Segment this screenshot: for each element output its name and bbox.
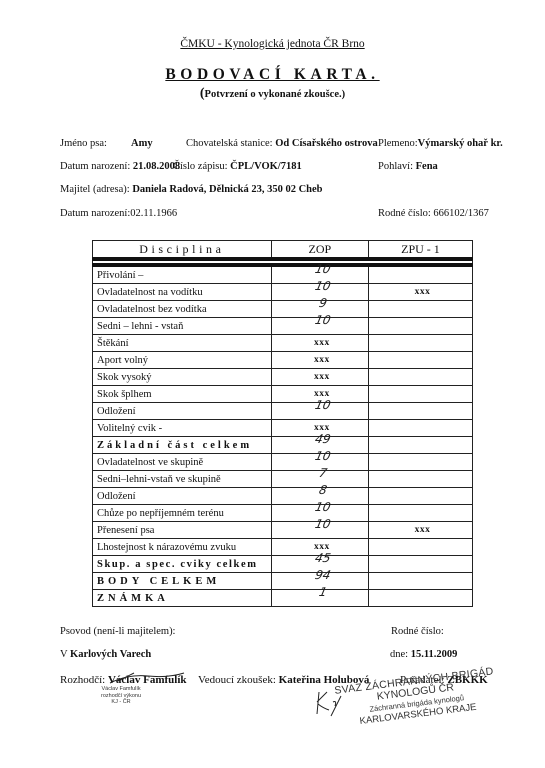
zop-score: 94 bbox=[314, 568, 332, 583]
zpu-score-cell bbox=[368, 454, 472, 471]
kennel-label: Chovatelská stanice: bbox=[186, 138, 273, 149]
place-city: Karlových Varech bbox=[70, 649, 151, 660]
breed-value: Výmarský ohař kr. bbox=[418, 138, 503, 149]
discipline-cell: Štěkání bbox=[93, 335, 272, 352]
table-row: Sedni–lehni-vstaň ve skupině7 bbox=[93, 471, 473, 488]
zpu-score-cell bbox=[368, 301, 472, 318]
discipline-cell: Sedni – lehni - vstaň bbox=[93, 318, 272, 335]
zpu-score-cell bbox=[368, 556, 472, 573]
discipline-cell: Ovladatelnost na vodítku bbox=[93, 284, 272, 301]
kennel-value: Od Císařského ostrova bbox=[275, 138, 377, 149]
table-row: Skup. a spec. cviky celkem45 bbox=[93, 556, 473, 573]
zpu-score-cell bbox=[368, 403, 472, 420]
header-discipline: Disciplina bbox=[93, 241, 272, 260]
sex-label: Pohlaví: bbox=[378, 161, 413, 172]
zpu-score-cell bbox=[368, 352, 472, 369]
zop-score-cell: 10 bbox=[271, 522, 368, 539]
zpu-score-cell bbox=[368, 590, 472, 607]
judge-label: Rozhodčí: bbox=[60, 674, 105, 686]
discipline-name: Odložení bbox=[97, 406, 136, 417]
zop-score: 10 bbox=[314, 517, 332, 532]
table-row: Skok šplhemxxx bbox=[93, 386, 473, 403]
zop-score-cell: xxx bbox=[271, 352, 368, 369]
zop-score: 10 bbox=[314, 262, 332, 277]
discipline-name: Sedni – lehni - vstaň bbox=[97, 321, 183, 332]
zpu-score-cell bbox=[368, 471, 472, 488]
discipline-cell: BODY CELKEM bbox=[93, 573, 272, 590]
zop-score: xxx bbox=[314, 338, 330, 348]
discipline-cell: Sedni–lehni-vstaň ve skupině bbox=[93, 471, 272, 488]
handler-label: Psovod (není-li majitelem): bbox=[60, 626, 175, 637]
header-zpu: ZPU - 1 bbox=[368, 241, 472, 260]
judge-signature bbox=[108, 671, 186, 685]
table-row: Chůze po nepříjemném terénu10 bbox=[93, 505, 473, 522]
date-field: dne: 15.11.2009 bbox=[390, 649, 457, 660]
table-row: Sedni – lehni - vstaň10 bbox=[93, 318, 473, 335]
table-row: Skok vysokýxxx bbox=[93, 369, 473, 386]
zpu-score-cell: xxx bbox=[368, 522, 472, 539]
discipline-cell: Základní část celkem bbox=[93, 437, 272, 454]
owner-field: Majitel (adresa): Daniela Radová, Dělnic… bbox=[60, 184, 323, 195]
table-row: Ovladatelnost bez vodítka9 bbox=[93, 301, 473, 318]
owner-id-field: Rodné číslo: 666102/1367 bbox=[378, 208, 489, 219]
discipline-name: Aport volný bbox=[97, 355, 148, 366]
discipline-name: Přenesení psa bbox=[97, 525, 154, 536]
zpu-score: xxx bbox=[415, 287, 431, 297]
table-row: Přenesení psa10xxx bbox=[93, 522, 473, 539]
zpu-score: xxx bbox=[415, 525, 431, 535]
discipline-cell: Ovladatelnost ve skupině bbox=[93, 454, 272, 471]
discipline-name: Volitelný cvik - bbox=[97, 423, 162, 434]
discipline-cell: Ovladatelnost bez vodítka bbox=[93, 301, 272, 318]
discipline-name: Ovladatelnost ve skupině bbox=[97, 457, 203, 468]
zop-score-cell: 10 bbox=[271, 403, 368, 420]
discipline-cell: ZNÁMKA bbox=[93, 590, 272, 607]
dog-name: Amy bbox=[131, 138, 153, 149]
discipline-name: Sedni–lehni-vstaň ve skupině bbox=[97, 474, 221, 485]
zop-score: 10 bbox=[314, 313, 332, 328]
judge-stamp: Václav Famfulík rozhodčí výkonu KJ - ČR bbox=[101, 686, 141, 706]
date-value: 15.11.2009 bbox=[411, 649, 458, 660]
score-table: Disciplina ZOP ZPU - 1 Přivolání –10Ovla… bbox=[92, 240, 473, 607]
owner-id-label: Rodné číslo: bbox=[378, 208, 431, 219]
zpu-score-cell bbox=[368, 420, 472, 437]
leader-label: Vedoucí zkoušek: bbox=[198, 674, 276, 686]
handler-id-field: Rodné číslo: bbox=[391, 626, 444, 637]
table-row: Odložení8 bbox=[93, 488, 473, 505]
zpu-score-cell bbox=[368, 335, 472, 352]
discipline-name: Lhostejnost k nárazovému zvuku bbox=[97, 542, 236, 553]
discipline-cell: Skup. a spec. cviky celkem bbox=[93, 556, 272, 573]
zpu-score-cell bbox=[368, 318, 472, 335]
subtitle-text: Potvrzení o vykonané zkoušce.) bbox=[205, 89, 346, 100]
discipline-cell: Chůze po nepříjemném terénu bbox=[93, 505, 272, 522]
zop-score: 1 bbox=[317, 585, 328, 600]
dog-birth-label: Datum narození: bbox=[60, 161, 130, 172]
discipline-name: Přivolání – bbox=[97, 270, 143, 281]
table-row: Odložení10 bbox=[93, 403, 473, 420]
zop-score: xxx bbox=[314, 355, 330, 365]
registry-field: Číslo zápisu: ČPL/VOK/7181 bbox=[173, 161, 302, 172]
discipline-cell: Skok šplhem bbox=[93, 386, 272, 403]
table-header-row: Disciplina ZOP ZPU - 1 bbox=[93, 241, 473, 260]
discipline-cell: Lhostejnost k nárazovému zvuku bbox=[93, 539, 272, 556]
document-subtitle: (Potvrzení o vykonané zkoušce.) bbox=[0, 86, 545, 102]
zop-score: 45 bbox=[314, 551, 332, 566]
table-row: Štěkáníxxx bbox=[93, 335, 473, 352]
discipline-cell: Volitelný cvik - bbox=[93, 420, 272, 437]
owner-birth-field: Datum narození:02.11.1966 bbox=[60, 208, 177, 219]
table-row: Aport volnýxxx bbox=[93, 352, 473, 369]
owner-birth-date: 02.11.1966 bbox=[130, 208, 177, 219]
discipline-name: Základní část celkem bbox=[97, 440, 252, 451]
dog-name-label: Jméno psa: bbox=[60, 138, 107, 149]
kennel-field: Chovatelská stanice: Od Císařského ostro… bbox=[186, 138, 378, 149]
registry-label: Číslo zápisu: bbox=[173, 161, 228, 172]
zop-score: 8 bbox=[317, 483, 328, 498]
discipline-name: Chůze po nepříjemném terénu bbox=[97, 508, 224, 519]
zop-score: 10 bbox=[314, 398, 332, 413]
discipline-name: Štěkání bbox=[97, 338, 129, 349]
breed-label: Plemeno: bbox=[378, 138, 418, 149]
discipline-name: Ovladatelnost na vodítku bbox=[97, 287, 203, 298]
zop-score-cell: xxx bbox=[271, 369, 368, 386]
table-row: Volitelný cvik -xxx bbox=[93, 420, 473, 437]
zpu-score-cell bbox=[368, 386, 472, 403]
table-row: ZNÁMKA1 bbox=[93, 590, 473, 607]
zpu-score-cell bbox=[368, 573, 472, 590]
discipline-name: ZNÁMKA bbox=[97, 593, 169, 604]
zpu-score-cell bbox=[368, 539, 472, 556]
sex-field: Pohlaví: Fena bbox=[378, 161, 438, 172]
judge-stamp-line: KJ - ČR bbox=[101, 699, 141, 706]
owner-label: Majitel (adresa): bbox=[60, 184, 130, 195]
zpu-score-cell bbox=[368, 369, 472, 386]
zop-score: 7 bbox=[317, 466, 328, 481]
table-row: Základní část celkem49 bbox=[93, 437, 473, 454]
discipline-cell: Skok vysoký bbox=[93, 369, 272, 386]
discipline-name: Odložení bbox=[97, 491, 136, 502]
zop-score-cell: xxx bbox=[271, 335, 368, 352]
sex-value: Fena bbox=[416, 161, 438, 172]
discipline-name: BODY CELKEM bbox=[97, 576, 220, 587]
judge-stamp-line: Václav Famfulík bbox=[101, 686, 141, 693]
place-field: V Karlových Varech bbox=[60, 649, 151, 660]
discipline-cell: Odložení bbox=[93, 488, 272, 505]
owner-address: Daniela Radová, Dělnická 23, 350 02 Cheb bbox=[132, 184, 322, 195]
zpu-score-cell bbox=[368, 265, 472, 284]
table-row: Ovladatelnost na vodítku10xxx bbox=[93, 284, 473, 301]
discipline-cell: Odložení bbox=[93, 403, 272, 420]
zop-score: 10 bbox=[314, 449, 332, 464]
table-row: Přivolání –10 bbox=[93, 265, 473, 284]
table-row: BODY CELKEM94 bbox=[93, 573, 473, 590]
discipline-name: Ovladatelnost bez vodítka bbox=[97, 304, 207, 315]
owner-birth-label: Datum narození: bbox=[60, 208, 130, 219]
organization-heading: ČMKU - Kynologická jednota ČR Brno bbox=[0, 38, 545, 50]
zop-score: 9 bbox=[317, 296, 328, 311]
breed-field: Plemeno:Výmarský ohař kr. bbox=[378, 138, 503, 149]
zop-score-cell: 10 bbox=[271, 318, 368, 335]
zop-score: 10 bbox=[314, 279, 332, 294]
zpu-score-cell: xxx bbox=[368, 284, 472, 301]
place-prefix: V bbox=[60, 649, 67, 660]
zop-score-cell: 1 bbox=[271, 590, 368, 607]
header-zop: ZOP bbox=[271, 241, 368, 260]
table-row: Ovladatelnost ve skupině10 bbox=[93, 454, 473, 471]
discipline-name: Skok šplhem bbox=[97, 389, 152, 400]
discipline-cell: Přivolání – bbox=[93, 265, 272, 284]
document-title: BODOVACÍ KARTA. bbox=[0, 66, 545, 84]
table-row: Lhostejnost k nárazovému zvukuxxx bbox=[93, 539, 473, 556]
owner-id-value: 666102/1367 bbox=[433, 208, 488, 219]
discipline-cell: Přenesení psa bbox=[93, 522, 272, 539]
discipline-name: Skok vysoký bbox=[97, 372, 152, 383]
zpu-score-cell bbox=[368, 437, 472, 454]
registry-value: ČPL/VOK/7181 bbox=[230, 161, 302, 172]
zop-score: xxx bbox=[314, 372, 330, 382]
dog-birth-field: Datum narození: 21.08.2008 bbox=[60, 161, 180, 172]
zpu-score-cell bbox=[368, 488, 472, 505]
discipline-cell: Aport volný bbox=[93, 352, 272, 369]
discipline-name: Skup. a spec. cviky celkem bbox=[97, 559, 258, 570]
zop-score: 49 bbox=[314, 432, 332, 447]
date-label: dne: bbox=[390, 649, 408, 660]
handler-id-label: Rodné číslo: bbox=[391, 626, 444, 637]
zop-score: 10 bbox=[314, 500, 332, 515]
zpu-score-cell bbox=[368, 505, 472, 522]
